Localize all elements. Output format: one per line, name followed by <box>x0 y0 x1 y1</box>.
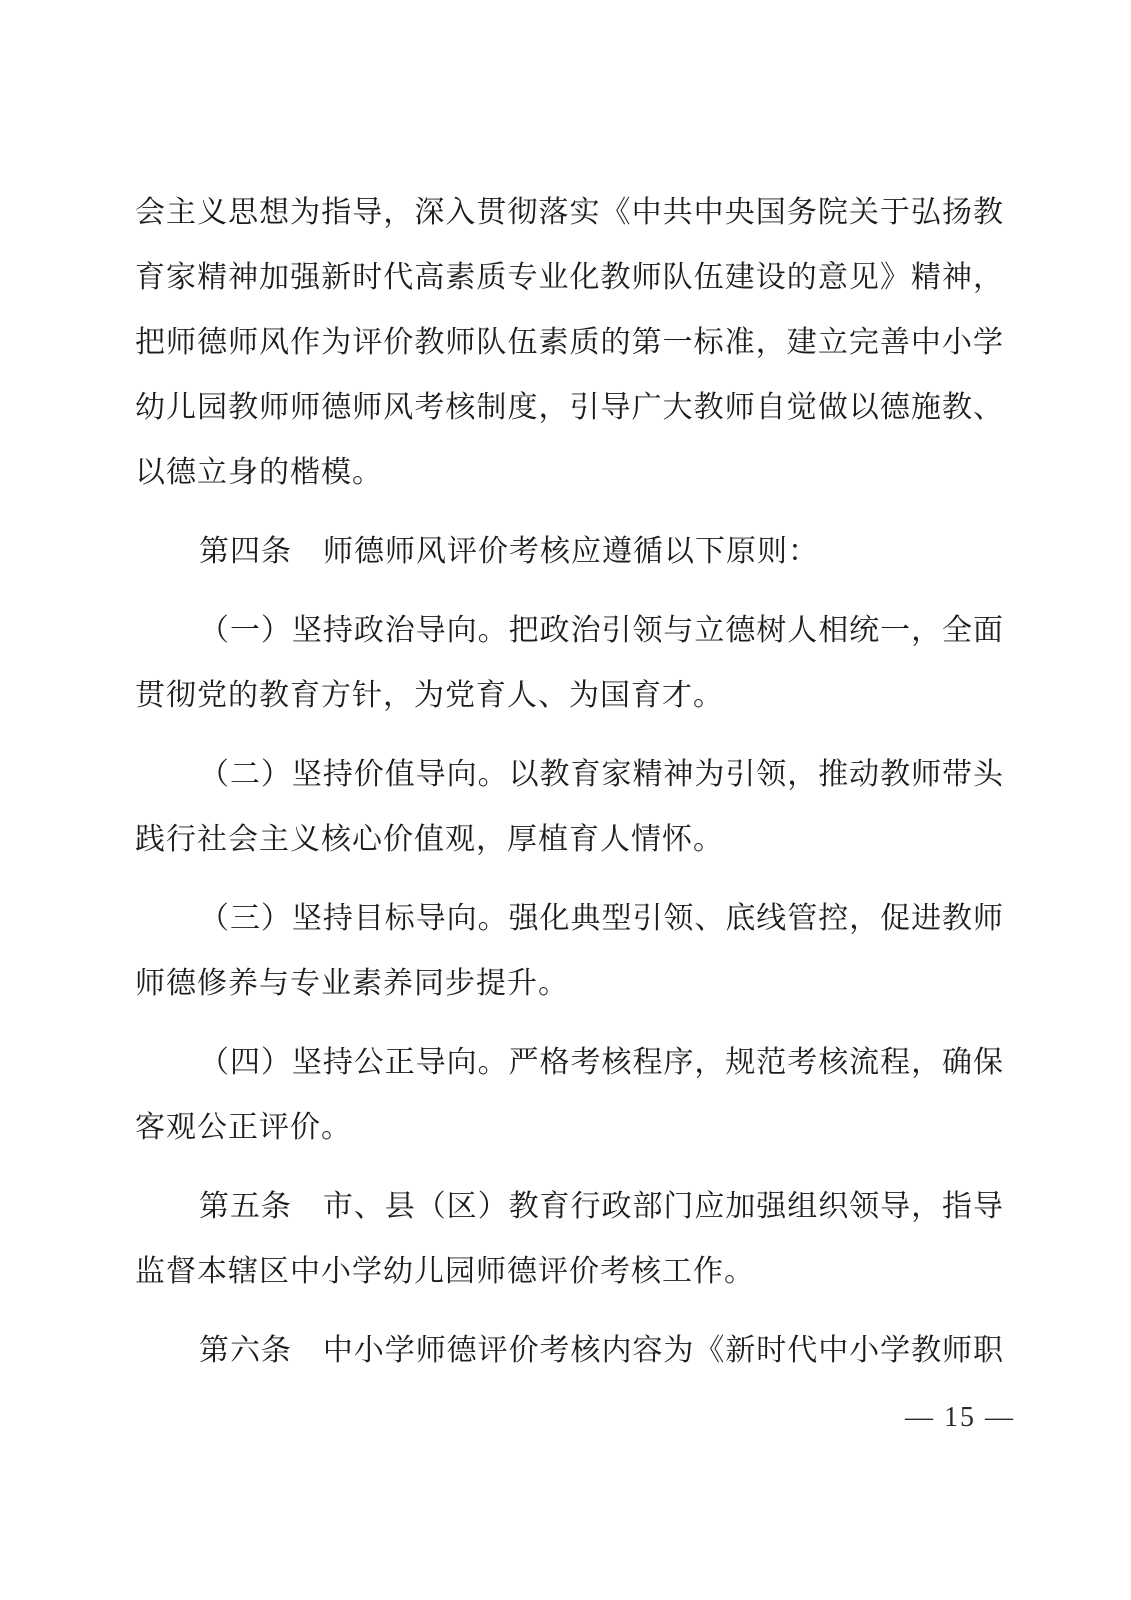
text-line: 监督本辖区中小学幼儿园师德评价考核工作。 <box>135 1239 1003 1304</box>
document-text: 会主义思想为指导，深入贯彻落实《中共中央国务院关于弘扬教育家精神加强新时代高素质… <box>135 180 1003 1383</box>
text-line: （一）坚持政治导向。把政治引领与立德树人相统一，全面 <box>135 598 1003 663</box>
text-line: 师德修养与专业素养同步提升。 <box>135 951 1003 1016</box>
text-line: 育家精神加强新时代高素质专业化教师队伍建设的意见》精神， <box>135 245 1003 310</box>
text-line: 幼儿园教师师德师风考核制度，引导广大教师自觉做以德施教、 <box>135 375 1003 440</box>
text-line: 客观公正评价。 <box>135 1095 1003 1160</box>
text-line: 第六条 中小学师德评价考核内容为《新时代中小学教师职 <box>135 1318 1003 1383</box>
text-line: 第四条 师德师风评价考核应遵循以下原则： <box>135 519 1003 584</box>
text-line: 第五条 市、县（区）教育行政部门应加强组织领导，指导 <box>135 1174 1003 1239</box>
page-number: — 15 — <box>905 1398 1015 1438</box>
text-line: （四）坚持公正导向。严格考核程序，规范考核流程，确保 <box>135 1030 1003 1095</box>
text-line: 会主义思想为指导，深入贯彻落实《中共中央国务院关于弘扬教 <box>135 180 1003 245</box>
text-line: 践行社会主义核心价值观，厚植育人情怀。 <box>135 807 1003 872</box>
text-line: 以德立身的楷模。 <box>135 440 1003 505</box>
text-line: 把师德师风作为评价教师队伍素质的第一标准，建立完善中小学 <box>135 310 1003 375</box>
text-line: 贯彻党的教育方针，为党育人、为国育才。 <box>135 663 1003 728</box>
text-line: （三）坚持目标导向。强化典型引领、底线管控，促进教师 <box>135 886 1003 951</box>
text-line: （二）坚持价值导向。以教育家精神为引领，推动教师带头 <box>135 742 1003 807</box>
document-page: 会主义思想为指导，深入贯彻落实《中共中央国务院关于弘扬教育家精神加强新时代高素质… <box>0 0 1131 1600</box>
